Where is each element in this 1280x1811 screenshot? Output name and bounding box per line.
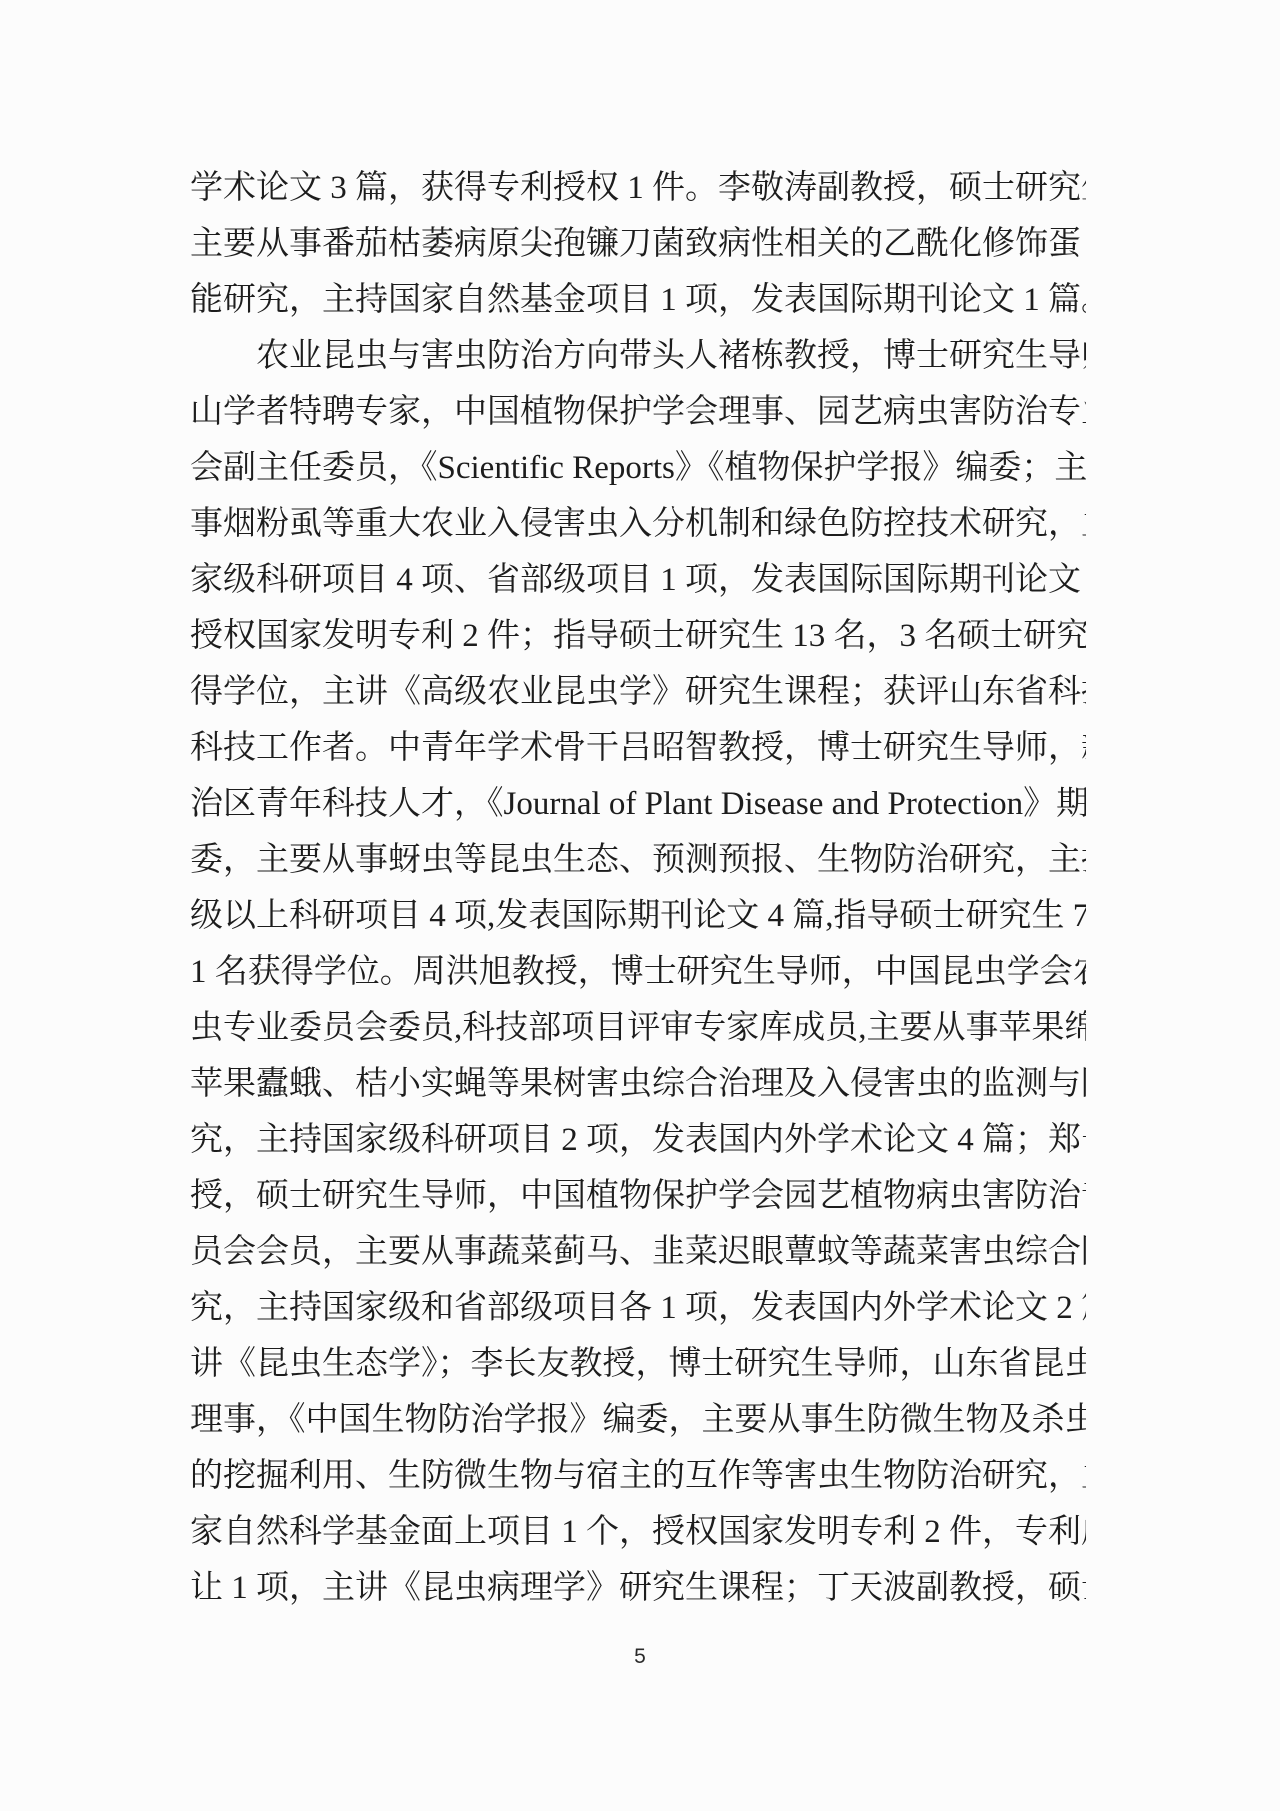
page-footer: 5 (0, 1644, 1280, 1670)
text-line: 农业昆虫与害虫防治方向带头人褚栋教授，博士研究生导师，泰 (190, 328, 1086, 384)
text-line: 究，主持国家级和省部级项目各 1 项，发表国内外学术论文 2 篇，主 (190, 1280, 1086, 1336)
text-line: 治区青年科技人才，《Journal of Plant Disease and P… (190, 776, 1086, 832)
text-line: 员会会员，主要从事蔬菜蓟马、韭菜迟眼蕈蚊等蔬菜害虫综合防控研 (190, 1224, 1086, 1280)
paragraph-agricultural-entomology: 农业昆虫与害虫防治方向带头人褚栋教授，博士研究生导师，泰 山学者特聘专家，中国植… (190, 328, 1086, 1616)
text-line: 科技工作者。中青年学术骨干吕昭智教授，博士研究生导师，新疆自 (190, 720, 1086, 776)
text-line: 委，主要从事蚜虫等昆虫生态、预测预报、生物防治研究，主持省部 (190, 832, 1086, 888)
text-line: 得学位，主讲《高级农业昆虫学》研究生课程；获评山东省科技优秀 (190, 664, 1086, 720)
text-line: 1 名获得学位。周洪旭教授，博士研究生导师，中国昆虫学会农业昆 (190, 944, 1086, 1000)
page-body-text: 学术论文 3 篇，获得专利授权 1 件。李敬涛副教授，硕士研究生导师， 主要从事… (190, 160, 1086, 1616)
text-line: 会副主任委员，《Scientific Reports》《植物保护学报》编委；主要… (190, 440, 1086, 496)
text-line: 究，主持国家级科研项目 2 项，发表国内外学术论文 4 篇；郑长英教 (190, 1112, 1086, 1168)
document-page: 学术论文 3 篇，获得专利授权 1 件。李敬涛副教授，硕士研究生导师， 主要从事… (0, 0, 1280, 1811)
text-line: 事烟粉虱等重大农业入侵害虫入分机制和绿色防控技术研究，主持国 (190, 496, 1086, 552)
text-line: 学术论文 3 篇，获得专利授权 1 件。李敬涛副教授，硕士研究生导师， (190, 160, 1086, 216)
page-number: 5 (634, 1645, 646, 1668)
text-line: 虫专业委员会委员,科技部项目评审专家库成员,主要从事苹果绵蚜、 (190, 1000, 1086, 1056)
paragraph-continuation: 学术论文 3 篇，获得专利授权 1 件。李敬涛副教授，硕士研究生导师， 主要从事… (190, 160, 1086, 328)
text-line: 能研究，主持国家自然基金项目 1 项，发表国际期刊论文 1 篇。 (190, 272, 1086, 328)
text-line: 讲《昆虫生态学》；李长友教授，博士研究生导师，山东省昆虫学会 (190, 1336, 1086, 1392)
text-line: 授权国家发明专利 2 件；指导硕士研究生 13 名，3 名硕士研究生获 (190, 608, 1086, 664)
text-line: 苹果蠹蛾、桔小实蝇等果树害虫综合治理及入侵害虫的监测与防控研 (190, 1056, 1086, 1112)
text-line: 级以上科研项目 4 项,发表国际期刊论文 4 篇,指导硕士研究生 7 名， (190, 888, 1086, 944)
text-line: 主要从事番茄枯萎病原尖孢镰刀菌致病性相关的乙酰化修饰蛋白功 (190, 216, 1086, 272)
text-line: 家级科研项目 4 项、省部级项目 1 项，发表国际国际期刊论文 4 篇， (190, 552, 1086, 608)
text-line: 授，硕士研究生导师，中国植物保护学会园艺植物病虫害防治专业委 (190, 1168, 1086, 1224)
text-line: 家自然科学基金面上项目 1 个，授权国家发明专利 2 件，专利成果转 (190, 1504, 1086, 1560)
text-line: 的挖掘利用、生防微生物与宿主的互作等害虫生物防治研究，主持国 (190, 1448, 1086, 1504)
text-line: 让 1 项，主讲《昆虫病理学》研究生课程；丁天波副教授，硕士研究 (190, 1560, 1086, 1616)
text-line: 山学者特聘专家，中国植物保护学会理事、园艺病虫害防治专业委员 (190, 384, 1086, 440)
text-line: 理事，《中国生物防治学报》编委，主要从事生防微生物及杀虫资源 (190, 1392, 1086, 1448)
